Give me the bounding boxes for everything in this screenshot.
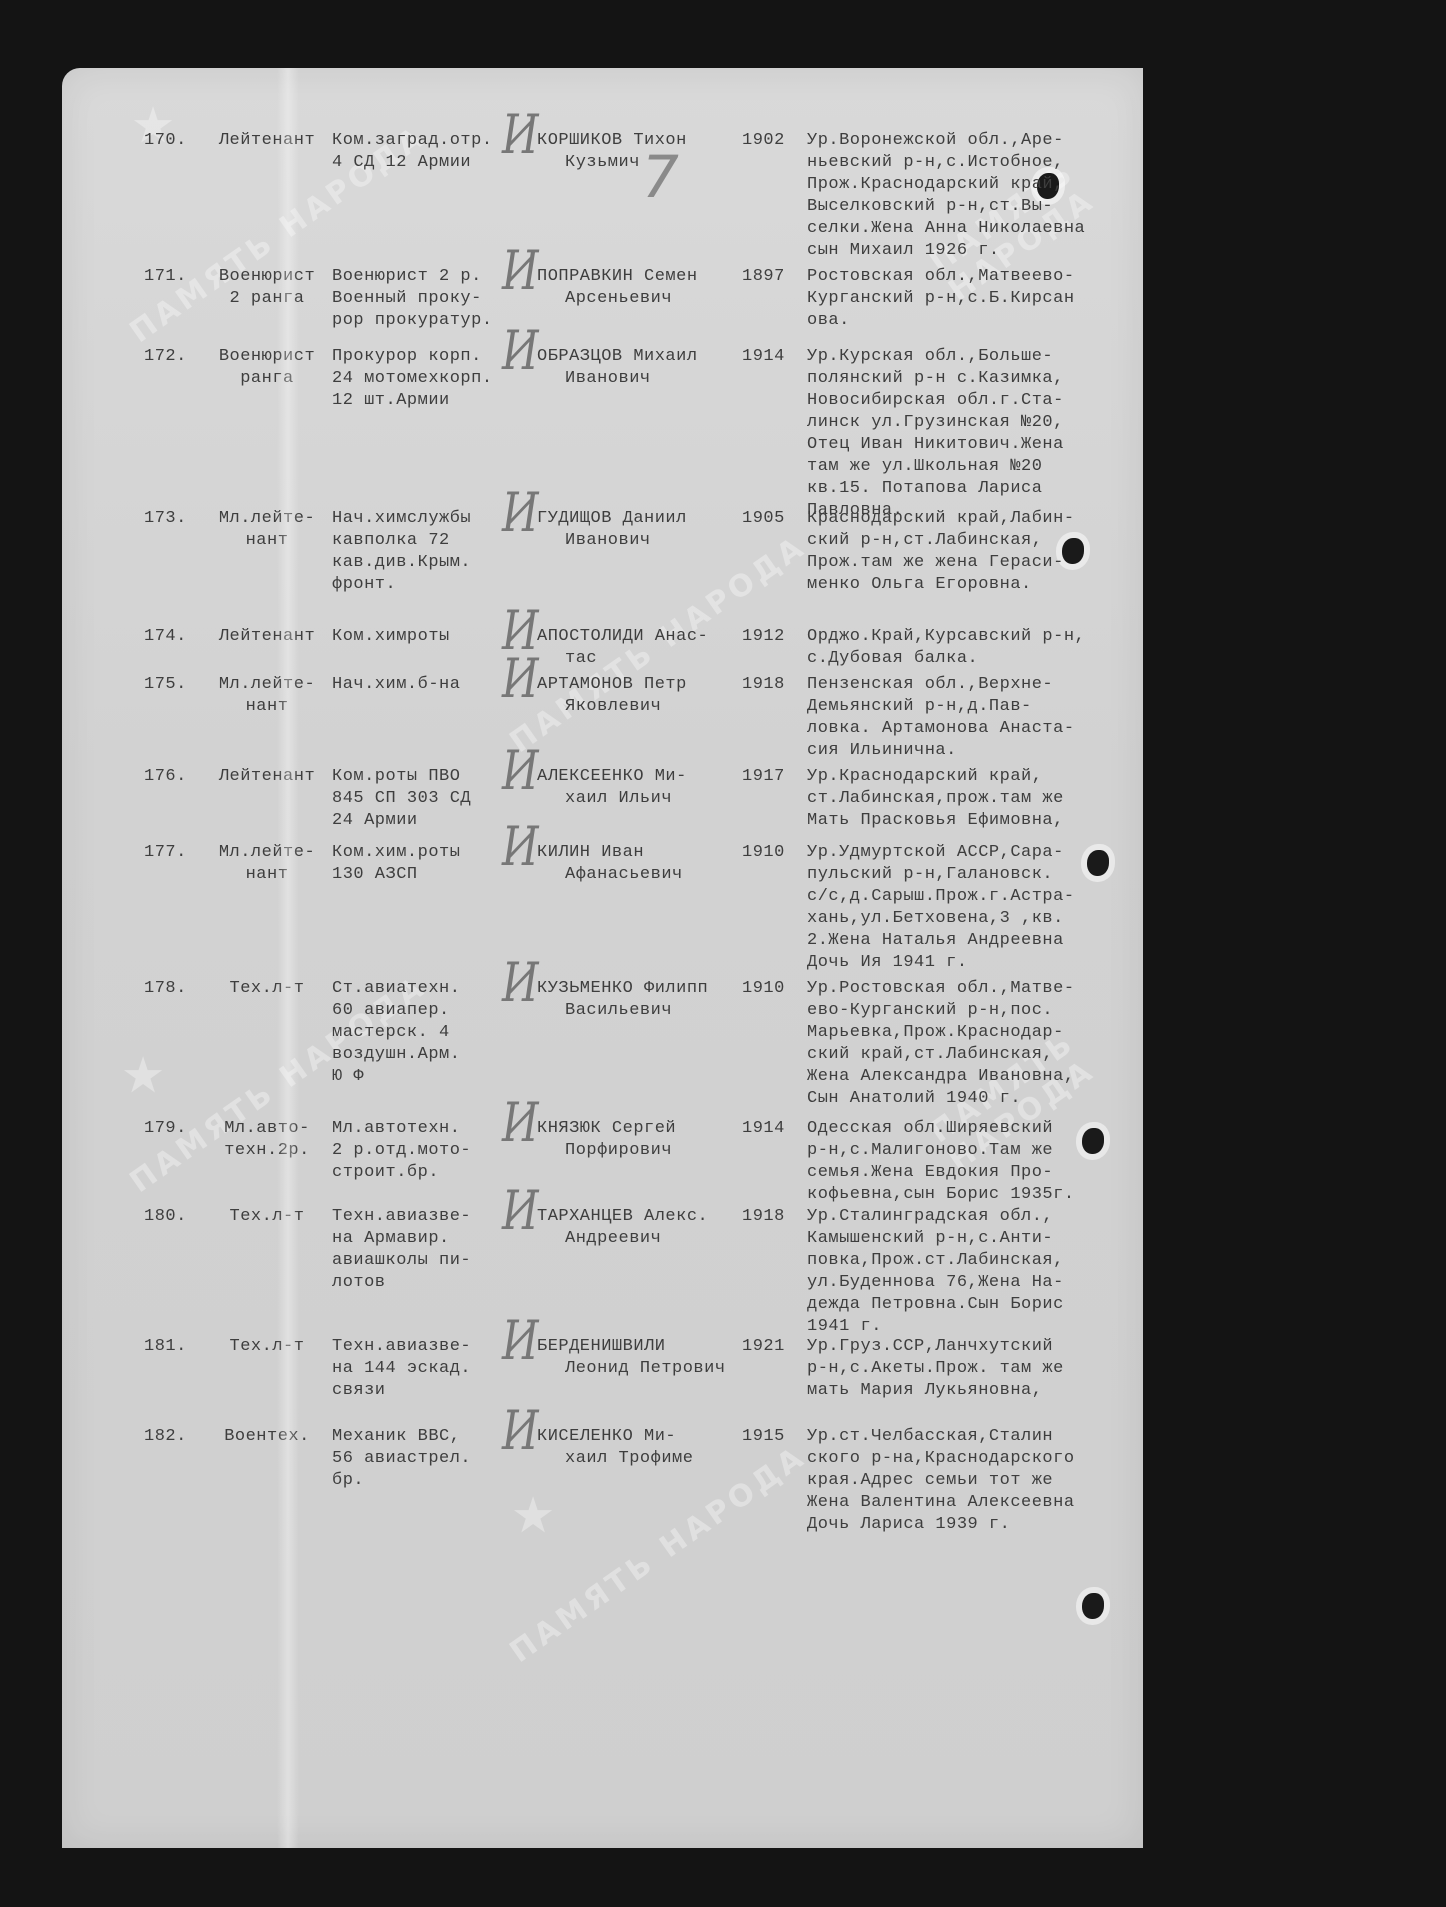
rank: Лейтенант bbox=[202, 130, 332, 152]
address-line: Жена Валентина Алексеевна bbox=[807, 1492, 1075, 1514]
rank: Военюрист2 ранга bbox=[202, 266, 332, 310]
rank: Мл.лейте-нант bbox=[202, 508, 332, 552]
full-name-line: КУЗЬМЕНКО Филипп bbox=[537, 978, 708, 1000]
position-line: бр. bbox=[332, 1470, 471, 1492]
entry-number: 175. bbox=[144, 674, 187, 696]
position-line: Ю Ф bbox=[332, 1066, 460, 1088]
full-name: КОРШИКОВ ТихонКузьмич bbox=[537, 130, 687, 174]
address-line: Ростовская обл.,Матвеево- bbox=[807, 266, 1075, 288]
full-name-line: БЕРДЕНИШВИЛИ bbox=[537, 1336, 726, 1358]
position-line: 845 СП 303 СД bbox=[332, 788, 471, 810]
position: Прокурор корп.24 мотомехкорп.12 шт.Армии bbox=[332, 346, 493, 412]
full-name-line: АРТАМОНОВ Петр bbox=[537, 674, 687, 696]
position-line: 24 мотомехкорп. bbox=[332, 368, 493, 390]
full-name: КИЛИН ИванАфанасьевич bbox=[537, 842, 683, 886]
position-line: рор прокуратур. bbox=[332, 310, 493, 332]
address-line: ул.Буденнова 76,Жена На- bbox=[807, 1272, 1064, 1294]
address-line: Новосибирская обл.г.Ста- bbox=[807, 390, 1064, 412]
address-line: Выселковский р-н,ст.Вы- bbox=[807, 196, 1085, 218]
birth-year: 1910 bbox=[742, 978, 785, 1000]
full-name-line: тас bbox=[537, 648, 708, 670]
full-name-line: КНЯЗЮК Сергей bbox=[537, 1118, 676, 1140]
address: Ур.Краснодарский край,ст.Лабинская,прож.… bbox=[807, 766, 1064, 832]
full-name-line: Арсеньевич bbox=[537, 288, 698, 310]
address: Ур.ст.Челбасская,Сталинского р-на,Красно… bbox=[807, 1426, 1075, 1536]
position: Техн.авиазве-на Армавир.авиашколы пи-лот… bbox=[332, 1206, 471, 1294]
address-line: селки.Жена Анна Николаевна bbox=[807, 218, 1085, 240]
entry-number: 170. bbox=[144, 130, 187, 152]
birth-year: 1921 bbox=[742, 1336, 785, 1358]
address-line: Ур.Воронежской обл.,Аре- bbox=[807, 130, 1085, 152]
address-line: Камышенский р-н,с.Анти- bbox=[807, 1228, 1064, 1250]
rank: Мл.лейте-нант bbox=[202, 842, 332, 886]
full-name-line: Иванович bbox=[537, 368, 698, 390]
rank: Мл.авто-техн.2р. bbox=[202, 1118, 332, 1162]
position-line: Ком.хим.роты bbox=[332, 842, 460, 864]
address: Ур.Сталинградская обл.,Камышенский р-н,с… bbox=[807, 1206, 1064, 1338]
address: Ростовская обл.,Матвеево-Курганский р-н,… bbox=[807, 266, 1075, 332]
address-line: Сын Анатолий 1940 г. bbox=[807, 1088, 1075, 1110]
position: Техн.авиазве-на 144 эскад.связи bbox=[332, 1336, 471, 1402]
position-line: Мл.автотехн. bbox=[332, 1118, 471, 1140]
full-name-line: ПОПРАВКИН Семен bbox=[537, 266, 698, 288]
entry-number: 179. bbox=[144, 1118, 187, 1140]
address-line: Краснодарский край,Лабин- bbox=[807, 508, 1075, 530]
full-name-line: Афанасьевич bbox=[537, 864, 683, 886]
entry-number: 171. bbox=[144, 266, 187, 288]
rank: Тех.л-т bbox=[202, 1206, 332, 1228]
address-line: р-н,с.Малигоново.Там же bbox=[807, 1140, 1075, 1162]
rank-line: Мл.лейте- bbox=[202, 842, 332, 864]
position-line: Техн.авиазве- bbox=[332, 1336, 471, 1358]
rank-line: Тех.л-т bbox=[202, 978, 332, 1000]
rank: Лейтенант bbox=[202, 626, 332, 648]
entry-number: 180. bbox=[144, 1206, 187, 1228]
star-watermark-icon: ★ bbox=[122, 1028, 164, 1115]
address-line: повка,Прож.ст.Лабинская, bbox=[807, 1250, 1064, 1272]
full-name-line: КОРШИКОВ Тихон bbox=[537, 130, 687, 152]
full-name-line: ОБРАЗЦОВ Михаил bbox=[537, 346, 698, 368]
rank-line: нант bbox=[202, 864, 332, 886]
full-name-line: Иванович bbox=[537, 530, 687, 552]
full-name: ОБРАЗЦОВ МихаилИванович bbox=[537, 346, 698, 390]
address-line: с.Дубовая балка. bbox=[807, 648, 1085, 670]
handwritten-check-mark-icon: И bbox=[502, 833, 539, 862]
full-name: БЕРДЕНИШВИЛИЛеонид Петрович bbox=[537, 1336, 726, 1380]
address-line: мать Мария Лукьяновна, bbox=[807, 1380, 1064, 1402]
position: Военюрист 2 р.Военный проку-рор прокурат… bbox=[332, 266, 493, 332]
entry-number: 177. bbox=[144, 842, 187, 864]
address: Ур.Груз.ССР,Ланчхутскийр-н,с.Акеты.Прож.… bbox=[807, 1336, 1064, 1402]
full-name-line: хаил Трофиме bbox=[537, 1448, 693, 1470]
paper-damage bbox=[1082, 1128, 1104, 1154]
paper-damage bbox=[1082, 1593, 1104, 1619]
position-line: Нач.хим.б-на bbox=[332, 674, 460, 696]
full-name: ПОПРАВКИН СеменАрсеньевич bbox=[537, 266, 698, 310]
address-line: ский р-н,ст.Лабинская, bbox=[807, 530, 1075, 552]
address-line: Ур.ст.Челбасская,Сталин bbox=[807, 1426, 1075, 1448]
address-line: Ур.Курская обл.,Больше- bbox=[807, 346, 1064, 368]
document-sheet: ★ ПАМЯТЬ НАРОДА ПАМЯТЬ НАРОДА ПАМЯТЬ НАР… bbox=[62, 68, 1143, 1848]
rank-line: нант bbox=[202, 696, 332, 718]
birth-year: 1915 bbox=[742, 1426, 785, 1448]
paper-damage bbox=[1087, 850, 1109, 876]
position-line: кавполка 72 bbox=[332, 530, 471, 552]
handwritten-check-mark-icon: И bbox=[502, 665, 539, 694]
full-name: КНЯЗЮК СергейПорфирович bbox=[537, 1118, 676, 1162]
address-line: с/с,д.Сарыш.Прож.г.Астра- bbox=[807, 886, 1075, 908]
position: Ком.роты ПВО845 СП 303 СД24 Армии bbox=[332, 766, 471, 832]
position-line: 56 авиастрел. bbox=[332, 1448, 471, 1470]
position-line: лотов bbox=[332, 1272, 471, 1294]
address-line: полянский р-н с.Казимка, bbox=[807, 368, 1064, 390]
birth-year: 1914 bbox=[742, 1118, 785, 1140]
position-line: на Армавир. bbox=[332, 1228, 471, 1250]
rank-line: техн.2р. bbox=[202, 1140, 332, 1162]
birth-year: 1910 bbox=[742, 842, 785, 864]
position: Нач.хим.б-на bbox=[332, 674, 460, 696]
position-line: на 144 эскад. bbox=[332, 1358, 471, 1380]
rank-line: Мл.авто- bbox=[202, 1118, 332, 1140]
address-line: Ур.Краснодарский край, bbox=[807, 766, 1064, 788]
position-line: Ком.химроты bbox=[332, 626, 450, 648]
full-name-line: ТАРХАНЦЕВ Алекс. bbox=[537, 1206, 708, 1228]
position-line: строит.бр. bbox=[332, 1162, 471, 1184]
address-line: ст.Лабинская,прож.там же bbox=[807, 788, 1064, 810]
address-line: кв.15. Потапова Лариса bbox=[807, 478, 1064, 500]
full-name-line: Яковлевич bbox=[537, 696, 687, 718]
address: Краснодарский край,Лабин-ский р-н,ст.Лаб… bbox=[807, 508, 1075, 596]
birth-year: 1917 bbox=[742, 766, 785, 788]
position-line: 130 АЗСП bbox=[332, 864, 460, 886]
address-line: Ур.Ростовская обл.,Матве- bbox=[807, 978, 1075, 1000]
full-name: КУЗЬМЕНКО ФилиппВасильевич bbox=[537, 978, 708, 1022]
position-line: 60 авиапер. bbox=[332, 1000, 460, 1022]
full-name: ГУДИЩОВ ДаниилИванович bbox=[537, 508, 687, 552]
rank-line: Тех.л-т bbox=[202, 1206, 332, 1228]
handwritten-check-mark-icon: И bbox=[502, 337, 539, 366]
rank: Тех.л-т bbox=[202, 978, 332, 1000]
position: Ст.авиатехн.60 авиапер.мастерск. 4воздуш… bbox=[332, 978, 460, 1088]
address-line: Жена Александра Ивановна, bbox=[807, 1066, 1075, 1088]
address-line: сын Михаил 1926 г. bbox=[807, 240, 1085, 262]
handwritten-check-mark-icon: И bbox=[502, 1109, 539, 1138]
handwritten-check-mark-icon: И bbox=[502, 121, 539, 150]
position-line: Ком.роты ПВО bbox=[332, 766, 471, 788]
address-line: хань,ул.Бетховена,3 ,кв. bbox=[807, 908, 1075, 930]
full-name: АРТАМОНОВ ПетрЯковлевич bbox=[537, 674, 687, 718]
position-line: связи bbox=[332, 1380, 471, 1402]
address-line: пульский р-н,Галановск. bbox=[807, 864, 1075, 886]
address-line: Орджо.Край,Курсавский р-н, bbox=[807, 626, 1085, 648]
handwritten-check-mark-icon: И bbox=[502, 969, 539, 998]
position: Нач.химслужбыкавполка 72кав.див.Крым.фро… bbox=[332, 508, 471, 596]
position-line: авиашколы пи- bbox=[332, 1250, 471, 1272]
address-line: дежда Петровна.Сын Борис bbox=[807, 1294, 1064, 1316]
position-line: Ст.авиатехн. bbox=[332, 978, 460, 1000]
address-line: менко Ольга Егоровна. bbox=[807, 574, 1075, 596]
address-line: 2.Жена Наталья Андреевна bbox=[807, 930, 1075, 952]
address-line: ский край,ст.Лабинская, bbox=[807, 1044, 1075, 1066]
rank-line: Военюрист bbox=[202, 266, 332, 288]
full-name-line: Леонид Петрович bbox=[537, 1358, 726, 1380]
entry-number: 173. bbox=[144, 508, 187, 530]
address: Пензенская обл.,Верхне-Демьянский р-н,д.… bbox=[807, 674, 1075, 762]
position-line: Военюрист 2 р. bbox=[332, 266, 493, 288]
address-line: ньевский р-н,с.Истобное, bbox=[807, 152, 1085, 174]
full-name-line: АЛЕКСЕЕНКО Ми- bbox=[537, 766, 687, 788]
address: Ур.Воронежской обл.,Аре-ньевский р-н,с.И… bbox=[807, 130, 1085, 262]
handwritten-check-mark-icon: И bbox=[502, 617, 539, 646]
address-line: Демьянский р-н,д.Пав- bbox=[807, 696, 1075, 718]
address: Ур.Ростовская обл.,Матве-ево-Курганский … bbox=[807, 978, 1075, 1110]
full-name: АЛЕКСЕЕНКО Ми-хаил Ильич bbox=[537, 766, 687, 810]
entry-number: 174. bbox=[144, 626, 187, 648]
address: Одесская обл.Ширяевскийр-н,с.Малигоново.… bbox=[807, 1118, 1075, 1206]
full-name: КИСЕЛЕНКО Ми-хаил Трофиме bbox=[537, 1426, 693, 1470]
rank-line: Лейтенант bbox=[202, 130, 332, 152]
rank-line: Воентех. bbox=[202, 1426, 332, 1448]
position-line: Ком.заград.отр. bbox=[332, 130, 493, 152]
watermark: ПАМЯТЬ НАРОДА bbox=[504, 1440, 813, 1670]
position-line: Механик ВВС, bbox=[332, 1426, 471, 1448]
address-line: 1941 г. bbox=[807, 1316, 1064, 1338]
handwritten-check-mark-icon: И bbox=[502, 499, 539, 528]
address: Ур.Курская обл.,Больше-полянский р-н с.К… bbox=[807, 346, 1064, 522]
rank: Военюристранга bbox=[202, 346, 332, 390]
rank-line: Мл.лейте- bbox=[202, 508, 332, 530]
position-line: Военный проку- bbox=[332, 288, 493, 310]
full-name: ТАРХАНЦЕВ Алекс.Андреевич bbox=[537, 1206, 708, 1250]
rank: Лейтенант bbox=[202, 766, 332, 788]
full-name: АПОСТОЛИДИ Анас-тас bbox=[537, 626, 708, 670]
birth-year: 1902 bbox=[742, 130, 785, 152]
address-line: края.Адрес семьи тот же bbox=[807, 1470, 1075, 1492]
full-name-line: ГУДИЩОВ Даниил bbox=[537, 508, 687, 530]
full-name-line: Порфирович bbox=[537, 1140, 676, 1162]
position: Ком.заград.отр.4 СД 12 Армии bbox=[332, 130, 493, 174]
rank-line: Мл.лейте- bbox=[202, 674, 332, 696]
address-line: Ур.Груз.ССР,Ланчхутский bbox=[807, 1336, 1064, 1358]
address-line: Дочь Лариса 1939 г. bbox=[807, 1514, 1075, 1536]
handwritten-check-mark-icon: И bbox=[502, 757, 539, 786]
full-name-line: КИСЕЛЕНКО Ми- bbox=[537, 1426, 693, 1448]
birth-year: 1905 bbox=[742, 508, 785, 530]
rank-line: 2 ранга bbox=[202, 288, 332, 310]
address-line: Курганский р-н,с.Б.Кирсан bbox=[807, 288, 1075, 310]
handwritten-check-mark-icon: И bbox=[502, 257, 539, 286]
handwritten-check-mark-icon: И bbox=[502, 1417, 539, 1446]
position: Ком.хим.роты130 АЗСП bbox=[332, 842, 460, 886]
address-line: ево-Курганский р-н,пос. bbox=[807, 1000, 1075, 1022]
position: Мл.автотехн.2 р.отд.мото-строит.бр. bbox=[332, 1118, 471, 1184]
position-line: 24 Армии bbox=[332, 810, 471, 832]
position: Ком.химроты bbox=[332, 626, 450, 648]
address-line: Пензенская обл.,Верхне- bbox=[807, 674, 1075, 696]
address-line: Марьевка,Прож.Краснодар- bbox=[807, 1022, 1075, 1044]
address-line: ловка. Артамонова Анаста- bbox=[807, 718, 1075, 740]
address-line: Одесская обл.Ширяевский bbox=[807, 1118, 1075, 1140]
position-line: кав.див.Крым. bbox=[332, 552, 471, 574]
address-line: Ур.Сталинградская обл., bbox=[807, 1206, 1064, 1228]
position-line: 12 шт.Армии bbox=[332, 390, 493, 412]
entry-number: 181. bbox=[144, 1336, 187, 1358]
rank-line: Лейтенант bbox=[202, 626, 332, 648]
handwritten-check-mark-icon: И bbox=[502, 1327, 539, 1356]
birth-year: 1897 bbox=[742, 266, 785, 288]
position-line: Прокурор корп. bbox=[332, 346, 493, 368]
full-name-line: хаил Ильич bbox=[537, 788, 687, 810]
star-watermark-icon: ★ bbox=[512, 1468, 554, 1555]
address-line: Прож.Краснодарский край, bbox=[807, 174, 1085, 196]
rank-line: ранга bbox=[202, 368, 332, 390]
birth-year: 1918 bbox=[742, 1206, 785, 1228]
address-line: Мать Прасковья Ефимовна, bbox=[807, 810, 1064, 832]
address-line: Ур.Удмуртской АССР,Сара- bbox=[807, 842, 1075, 864]
birth-year: 1912 bbox=[742, 626, 785, 648]
full-name-line: Васильевич bbox=[537, 1000, 708, 1022]
handwritten-check-mark-icon: И bbox=[502, 1197, 539, 1226]
rank: Воентех. bbox=[202, 1426, 332, 1448]
address-line: ского р-на,Краснодарского bbox=[807, 1448, 1075, 1470]
address-line: ова. bbox=[807, 310, 1075, 332]
address-line: сия Ильинична. bbox=[807, 740, 1075, 762]
full-name-line: Андреевич bbox=[537, 1228, 708, 1250]
full-name-line: АПОСТОЛИДИ Анас- bbox=[537, 626, 708, 648]
birth-year: 1914 bbox=[742, 346, 785, 368]
address-line: там же ул.Школьная №20 bbox=[807, 456, 1064, 478]
rank-line: Тех.л-т bbox=[202, 1336, 332, 1358]
position-line: воздушн.Арм. bbox=[332, 1044, 460, 1066]
entry-number: 176. bbox=[144, 766, 187, 788]
rank: Тех.л-т bbox=[202, 1336, 332, 1358]
address-line: кофьевна,сын Борис 1935г. bbox=[807, 1184, 1075, 1206]
address-line: семья.Жена Евдокия Про- bbox=[807, 1162, 1075, 1184]
rank-line: Военюрист bbox=[202, 346, 332, 368]
entry-number: 172. bbox=[144, 346, 187, 368]
position-line: 2 р.отд.мото- bbox=[332, 1140, 471, 1162]
birth-year: 1918 bbox=[742, 674, 785, 696]
rank: Мл.лейте-нант bbox=[202, 674, 332, 718]
full-name-line: КИЛИН Иван bbox=[537, 842, 683, 864]
address-line: р-н,с.Акеты.Прож. там же bbox=[807, 1358, 1064, 1380]
address-line: Отец Иван Никитович.Жена bbox=[807, 434, 1064, 456]
address: Ур.Удмуртской АССР,Сара-пульский р-н,Гал… bbox=[807, 842, 1075, 974]
rank-line: нант bbox=[202, 530, 332, 552]
address-line: Дочь Ия 1941 г. bbox=[807, 952, 1075, 974]
address: Орджо.Край,Курсавский р-н,с.Дубовая балк… bbox=[807, 626, 1085, 670]
full-name-line: Кузьмич bbox=[537, 152, 687, 174]
address-line: Прож.там же жена Гераси- bbox=[807, 552, 1075, 574]
rank-line: Лейтенант bbox=[202, 766, 332, 788]
address-line: линск ул.Грузинская №20, bbox=[807, 412, 1064, 434]
position-line: Техн.авиазве- bbox=[332, 1206, 471, 1228]
position: Механик ВВС,56 авиастрел.бр. bbox=[332, 1426, 471, 1492]
position-line: мастерск. 4 bbox=[332, 1022, 460, 1044]
entry-number: 182. bbox=[144, 1426, 187, 1448]
position-line: 4 СД 12 Армии bbox=[332, 152, 493, 174]
position-line: Нач.химслужбы bbox=[332, 508, 471, 530]
position-line: фронт. bbox=[332, 574, 471, 596]
entry-number: 178. bbox=[144, 978, 187, 1000]
